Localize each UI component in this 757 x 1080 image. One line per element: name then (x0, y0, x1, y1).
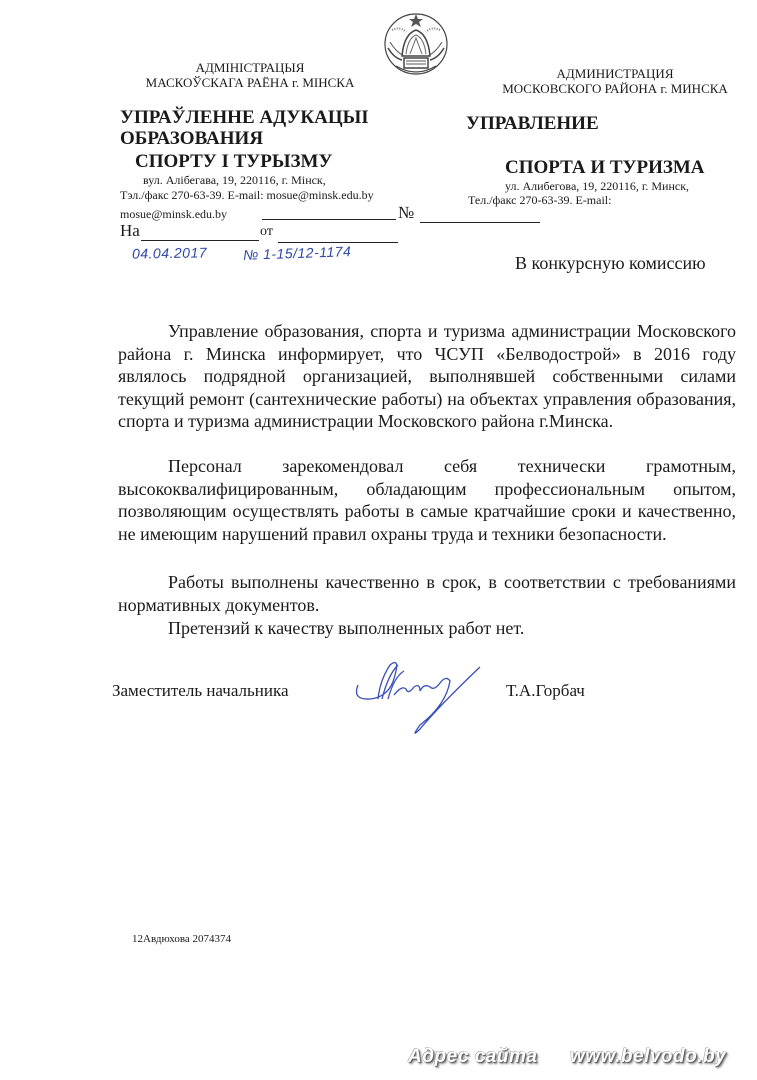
number-sign: № (398, 203, 414, 223)
signatory-name: Т.А.Горбач (506, 681, 585, 701)
ot-label: от (260, 224, 273, 240)
outgoing-number-line (420, 222, 540, 223)
right-admin-header: АДМИНИСТРАЦИЯ МОСКОВСКОГО РАЙОНА г. МИНС… (490, 66, 740, 96)
left-admin-header: АДМІНІСТРАЦЫЯ МАСКОЎСКАГА РАЁНА г. МІНСК… (120, 60, 380, 90)
paragraph-text: Работы выполнены качественно в срок, в с… (118, 572, 736, 615)
handwritten-number: № 1-15/12-1174 (243, 243, 352, 263)
paragraph-text: Управление образования, спорта и туризма… (118, 321, 736, 431)
body-paragraph-3: Работы выполнены качественно в срок, в с… (118, 571, 736, 616)
right-admin-line1: АДМИНИСТРАЦИЯ (490, 66, 740, 81)
signatory-position: Заместитель начальника (112, 681, 289, 701)
left-dept-line1: УПРАЎЛЕННЕ АДУКАЦЫІ (120, 107, 369, 128)
right-contacts: Тел./факс 270-63-39. E-mail: (468, 193, 611, 207)
left-contacts: Тэл./факс 270-63-39. E-mail: mosue@minsk… (120, 188, 374, 202)
left-admin-line1: АДМІНІСТРАЦЫЯ (120, 60, 380, 75)
left-address: вул. Алібегава, 19, 220116, г. Мінск, (143, 173, 326, 187)
handwritten-signature-icon (350, 655, 490, 745)
na-line (141, 240, 259, 241)
handwritten-date: 04.04.2017 (132, 244, 207, 261)
right-address: ул. Алибегова, 19, 220116, г. Минск, (505, 179, 689, 193)
left-email-line: mosue@minsk.edu.by (120, 207, 227, 221)
paragraph-text: Претензий к качеству выполненных работ н… (168, 618, 524, 638)
right-admin-line2: МОСКОВСКОГО РАЙОНА г. МИНСКА (490, 81, 740, 96)
body-paragraph-4: Претензий к качеству выполненных работ н… (118, 617, 736, 640)
paragraph-text: Персонал зарекомендовал себя технически … (118, 456, 736, 544)
left-admin-line2: МАСКОЎСКАГА РАЁНА г. МІНСКА (120, 75, 380, 90)
right-dept-line2: СПОРТА И ТУРИЗМА (505, 157, 705, 178)
body-paragraph-2: Персонал зарекомендовал себя технически … (118, 455, 736, 545)
left-dept-line3: СПОРТУ І ТУРЫЗМУ (135, 151, 332, 172)
site-url: www.belvodo.by (570, 1046, 726, 1068)
site-address-label: Адрес сайта (408, 1046, 537, 1068)
left-dept-line2: ОБРАЗОВАНИЯ (120, 128, 263, 149)
right-dept-line1: УПРАВЛЕНИЕ (466, 113, 599, 134)
executor-note: 12Авдюхова 2074374 (132, 933, 231, 945)
na-label: На (120, 221, 140, 241)
outgoing-date-line (262, 219, 396, 220)
state-emblem-icon (382, 8, 450, 78)
body-paragraph-1: Управление образования, спорта и туризма… (118, 320, 736, 433)
addressee: В конкурсную комиссию (515, 253, 706, 274)
